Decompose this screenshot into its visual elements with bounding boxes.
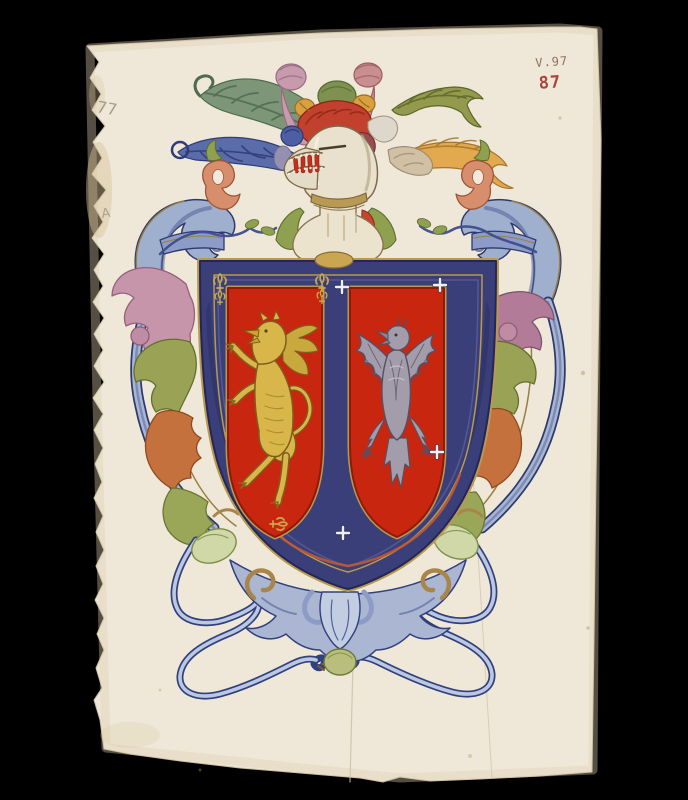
pencil-mark-top: 77 (95, 97, 118, 119)
corner-stain (100, 722, 160, 748)
manuscript-scan: V.97 87 77 A (0, 0, 688, 800)
eagle-eye (395, 334, 398, 337)
pink-bud-left (131, 327, 149, 345)
blue-knot (281, 126, 303, 146)
illuminated-page-artwork: V.97 87 77 A (0, 0, 688, 800)
pink-bud-right (499, 323, 517, 341)
griffin-eye (264, 329, 267, 332)
stamp-line-2: 87 (538, 72, 562, 94)
bust-base-boss (315, 252, 353, 268)
stamp-line-1: V.97 (535, 54, 569, 70)
eagle-head (386, 326, 409, 350)
edge-stain (86, 142, 112, 238)
